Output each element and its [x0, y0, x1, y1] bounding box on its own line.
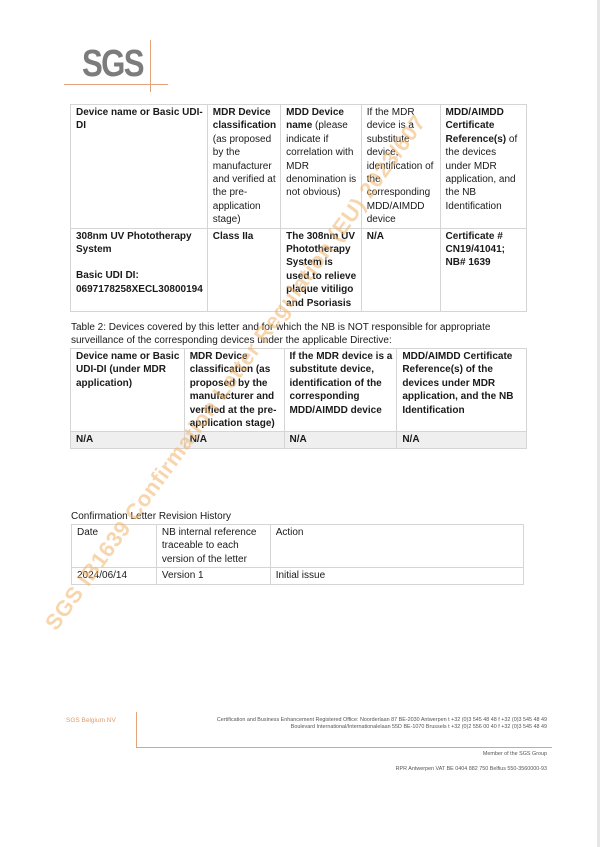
header-cell: NB internal reference traceable to each … [156, 525, 270, 568]
table-header-row: Date NB internal reference traceable to … [72, 525, 524, 568]
header-cell: If the MDR device is a substitute device… [284, 349, 397, 432]
footer-member: Member of the SGS Group [483, 751, 547, 757]
devices-table: Device name or Basic UDI-DI MDR Device c… [70, 104, 527, 312]
header-cell: MDR Device classification (as proposed b… [207, 105, 280, 229]
device-name-cell: 308nm UV Phototherapy System Basic UDI D… [71, 228, 208, 311]
table-row: N/A N/A N/A N/A [71, 432, 527, 448]
header-cell: Action [270, 525, 523, 568]
sgs-logo: SGS [74, 42, 154, 86]
table-cell: N/A [184, 432, 284, 448]
footer-rule-horizontal [136, 747, 552, 748]
header-cell: Date [72, 525, 157, 568]
table-header-row: Device name or Basic UDI-DI MDR Device c… [71, 105, 527, 229]
table-header-row: Device name or Basic UDI-DI (under MDR a… [71, 349, 527, 432]
table-cell: N/A [71, 432, 185, 448]
logo-rule-horizontal [64, 84, 168, 85]
logo-text: SGS [82, 42, 143, 86]
reference-cell: Version 1 [156, 568, 270, 584]
certificate-cell: Certificate # CN19/41041; NB# 1639 [440, 228, 526, 311]
header-cell: Device name or Basic UDI-DI (under MDR a… [71, 349, 185, 432]
header-cell: MDD/AIMDD Certificate Reference(s) of th… [397, 349, 527, 432]
revision-history-caption: Confirmation Letter Revision History [71, 511, 231, 524]
action-cell: Initial issue [270, 568, 523, 584]
classification-cell: Class IIa [207, 228, 280, 311]
table-row: 2024/06/14 Version 1 Initial issue [72, 568, 524, 584]
header-cell: MDR Device classification (as proposed b… [184, 349, 284, 432]
logo-rule-vertical [150, 40, 151, 92]
header-cell: Device name or Basic UDI-DI [71, 105, 208, 229]
table-cell: N/A [397, 432, 527, 448]
mdd-name-cell: The 308nm UV Phototherapy System is used… [281, 228, 362, 311]
footer-company: SGS Belgium NV [66, 717, 116, 724]
header-cell: MDD Device name (please indicate if corr… [281, 105, 362, 229]
header-cell: If the MDR device is a substitute device… [361, 105, 440, 229]
date-cell: 2024/06/14 [72, 568, 157, 584]
footer-address: Certification and Business Enhancement R… [217, 717, 547, 731]
header-cell: MDD/AIMDD Certificate Reference(s) of th… [440, 105, 526, 229]
table2-caption: Table 2: Devices covered by this letter … [71, 322, 541, 347]
revision-history-table: Date NB internal reference traceable to … [71, 524, 524, 585]
substitute-cell: N/A [361, 228, 440, 311]
table-row: 308nm UV Phototherapy System Basic UDI D… [71, 228, 527, 311]
footer-registration: RPR Antwerpen VAT BE 0404 882 750 Belfiu… [396, 766, 547, 772]
not-responsible-devices-table: Device name or Basic UDI-DI (under MDR a… [70, 348, 527, 449]
table-cell: N/A [284, 432, 397, 448]
footer-rule-vertical [136, 712, 137, 748]
